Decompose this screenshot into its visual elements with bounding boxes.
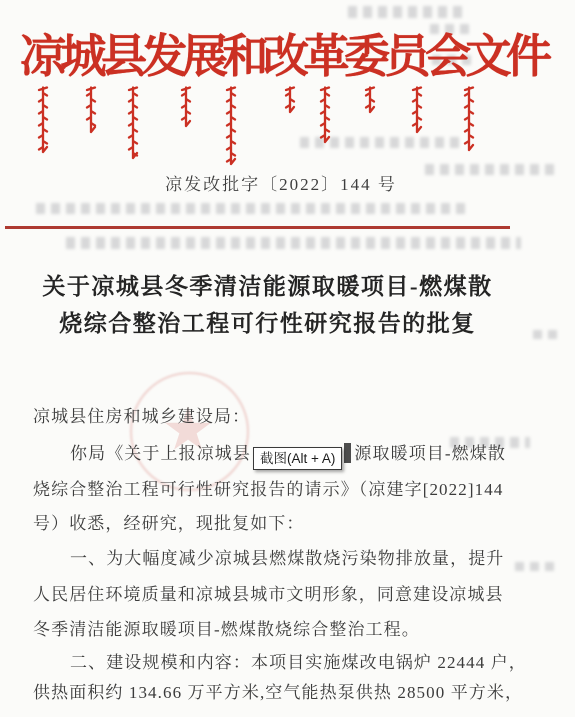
- body-line-p1-2: 烧综合整治工程可行性研究报告的请示》（凉建字[2022]144: [33, 479, 503, 501]
- mongolian-word-icon: [179, 86, 195, 134]
- body-line-p3-1: 二、建设规模和内容：本项目实施煤改电锅炉 22444 户，: [33, 652, 527, 674]
- salutation-line: 凉城县住房和城乡建设局：: [33, 406, 250, 428]
- p1-text-after-tooltip: 源取暖项目-燃煤散: [354, 444, 506, 463]
- official-document-page: 凉城县发展和改革委员会文件 凉发改批字〔2022〕144 号 关于凉城县冬季清洁…: [0, 0, 575, 717]
- mongolian-word-icon: [126, 86, 142, 166]
- agency-letterhead-title: 凉城县发展和改革委员会文件: [20, 20, 540, 86]
- body-line-p3-2: 供热面积约 134.66 万平方米,空气能热泵供热 28500 平方米，: [33, 682, 523, 704]
- mongolian-script-row: [0, 86, 575, 176]
- mongolian-word-icon: [283, 86, 299, 120]
- document-number: 凉发改批字〔2022〕144 号: [0, 170, 562, 195]
- mongolian-word-icon: [224, 86, 240, 172]
- body-line-p2-1: 一、为大幅度减少凉城县燃煤散烧污染物排放量，提升: [33, 548, 504, 570]
- body-line-p1-1: 你局《关于上报凉城县截图(Alt + A)源取暖项目-燃煤散: [33, 443, 506, 467]
- bleedthrough-noise: [533, 330, 559, 339]
- bleedthrough-noise: [66, 237, 521, 249]
- mongolian-word-icon: [462, 86, 478, 158]
- body-line-p2-3: 冬季清洁能源取暖项目-燃煤散烧综合整治工程。: [33, 619, 420, 641]
- body-line-p2-2: 人民居住环境质量和凉城县城市文明形象，同意建设凉城县: [33, 584, 504, 606]
- body-line-p1-3: 号）收悉，经研究，现批复如下：: [33, 513, 305, 535]
- screenshot-tooltip: 截图(Alt + A): [253, 447, 342, 470]
- document-title-line2: 烧综合整治工程可行性研究报告的批复: [0, 305, 535, 338]
- bleedthrough-noise: [36, 203, 466, 214]
- document-title-line1: 关于凉城县冬季清洁能源取暖项目-燃煤散: [0, 268, 535, 301]
- p1-text-before-tooltip: 你局《关于上报凉城县: [70, 444, 251, 463]
- mongolian-word-icon: [410, 86, 426, 140]
- covered-text-remnant: [344, 443, 351, 463]
- mongolian-word-icon: [363, 86, 379, 120]
- red-separator-rule: [5, 226, 510, 229]
- bleedthrough-noise: [348, 6, 468, 18]
- mongolian-word-icon: [84, 86, 100, 140]
- mongolian-word-icon: [318, 86, 334, 150]
- mongolian-word-icon: [36, 86, 52, 160]
- bleedthrough-noise: [515, 562, 555, 571]
